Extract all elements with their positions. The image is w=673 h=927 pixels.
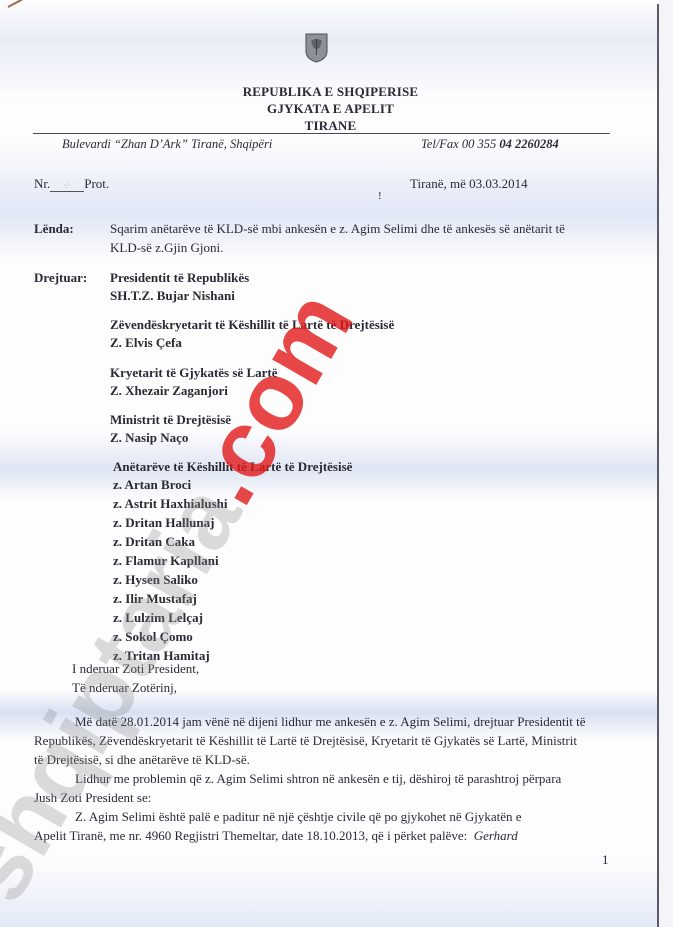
subject-line-2: KLD-së z.Gjin Gjoni. [110, 240, 223, 256]
scan-edge [659, 0, 673, 927]
letterhead-court: GJYKATA E APELIT [0, 101, 667, 117]
stray-mark: ! [378, 190, 382, 202]
pen-mark [8, 0, 44, 8]
nr-value: ·/· [50, 180, 84, 192]
tel-label: Tel/Fax 00 355 [421, 137, 499, 151]
page-number: 1 [602, 852, 609, 868]
nr-label: Nr. [34, 176, 50, 191]
coat-of-arms-icon [305, 33, 328, 63]
body-p1-line1: Më datë 28.01.2014 jam vënë në dijeni li… [75, 714, 586, 730]
tel-number: 04 2260284 [499, 137, 558, 151]
subject-line-1: Sqarim anëtarëve të KLD-së mbi ankesën e… [110, 221, 565, 237]
body-p3-line2: Apelit Tiranë, me nr. 4960 Regjistri The… [34, 828, 518, 844]
letterhead-city: TIRANE [0, 118, 667, 134]
addressee-name: Z. Elvis Çefa [110, 335, 182, 351]
letterhead-telfax: Tel/Fax 00 355 04 2260284 [421, 137, 559, 152]
letterhead-country: REPUBLIKA E SHQIPERISE [0, 84, 667, 100]
letterhead-rule [33, 133, 610, 135]
addressees-label: Drejtuar: [34, 270, 87, 286]
prot-label: Prot. [84, 176, 109, 191]
letterhead-address: Bulevardi “Zhan D’Ark” Tiranë, Shqipëri [62, 137, 272, 152]
body-p2-line1: Lidhur me problemin që z. Agim Selimi sh… [75, 771, 561, 787]
page-border-line [657, 4, 659, 927]
watermark-main: shqiptaria [0, 468, 262, 919]
protocol-number: Nr.·/·Prot. [34, 176, 109, 192]
addressee-title: Presidentit të Republikës [110, 270, 249, 286]
watermark: shqiptaria.com [28, 820, 38, 830]
addressee-name: Z. Nasip Naço [110, 430, 188, 446]
addressee-name: SH.T.Z. Bujar Nishani [110, 288, 235, 304]
place-date: Tiranë, më 03.03.2014 [410, 176, 528, 192]
body-p3-line2-italic: Gerhard [474, 828, 518, 843]
subject-label: Lënda: [34, 221, 74, 237]
body-p3-line2-text: Apelit Tiranë, me nr. 4960 Regjistri The… [34, 828, 467, 843]
body-p3-line1: Z. Agim Selimi është palë e paditur në n… [75, 809, 522, 825]
document-page: REPUBLIKA E SHQIPERISE GJYKATA E APELIT … [0, 0, 673, 927]
